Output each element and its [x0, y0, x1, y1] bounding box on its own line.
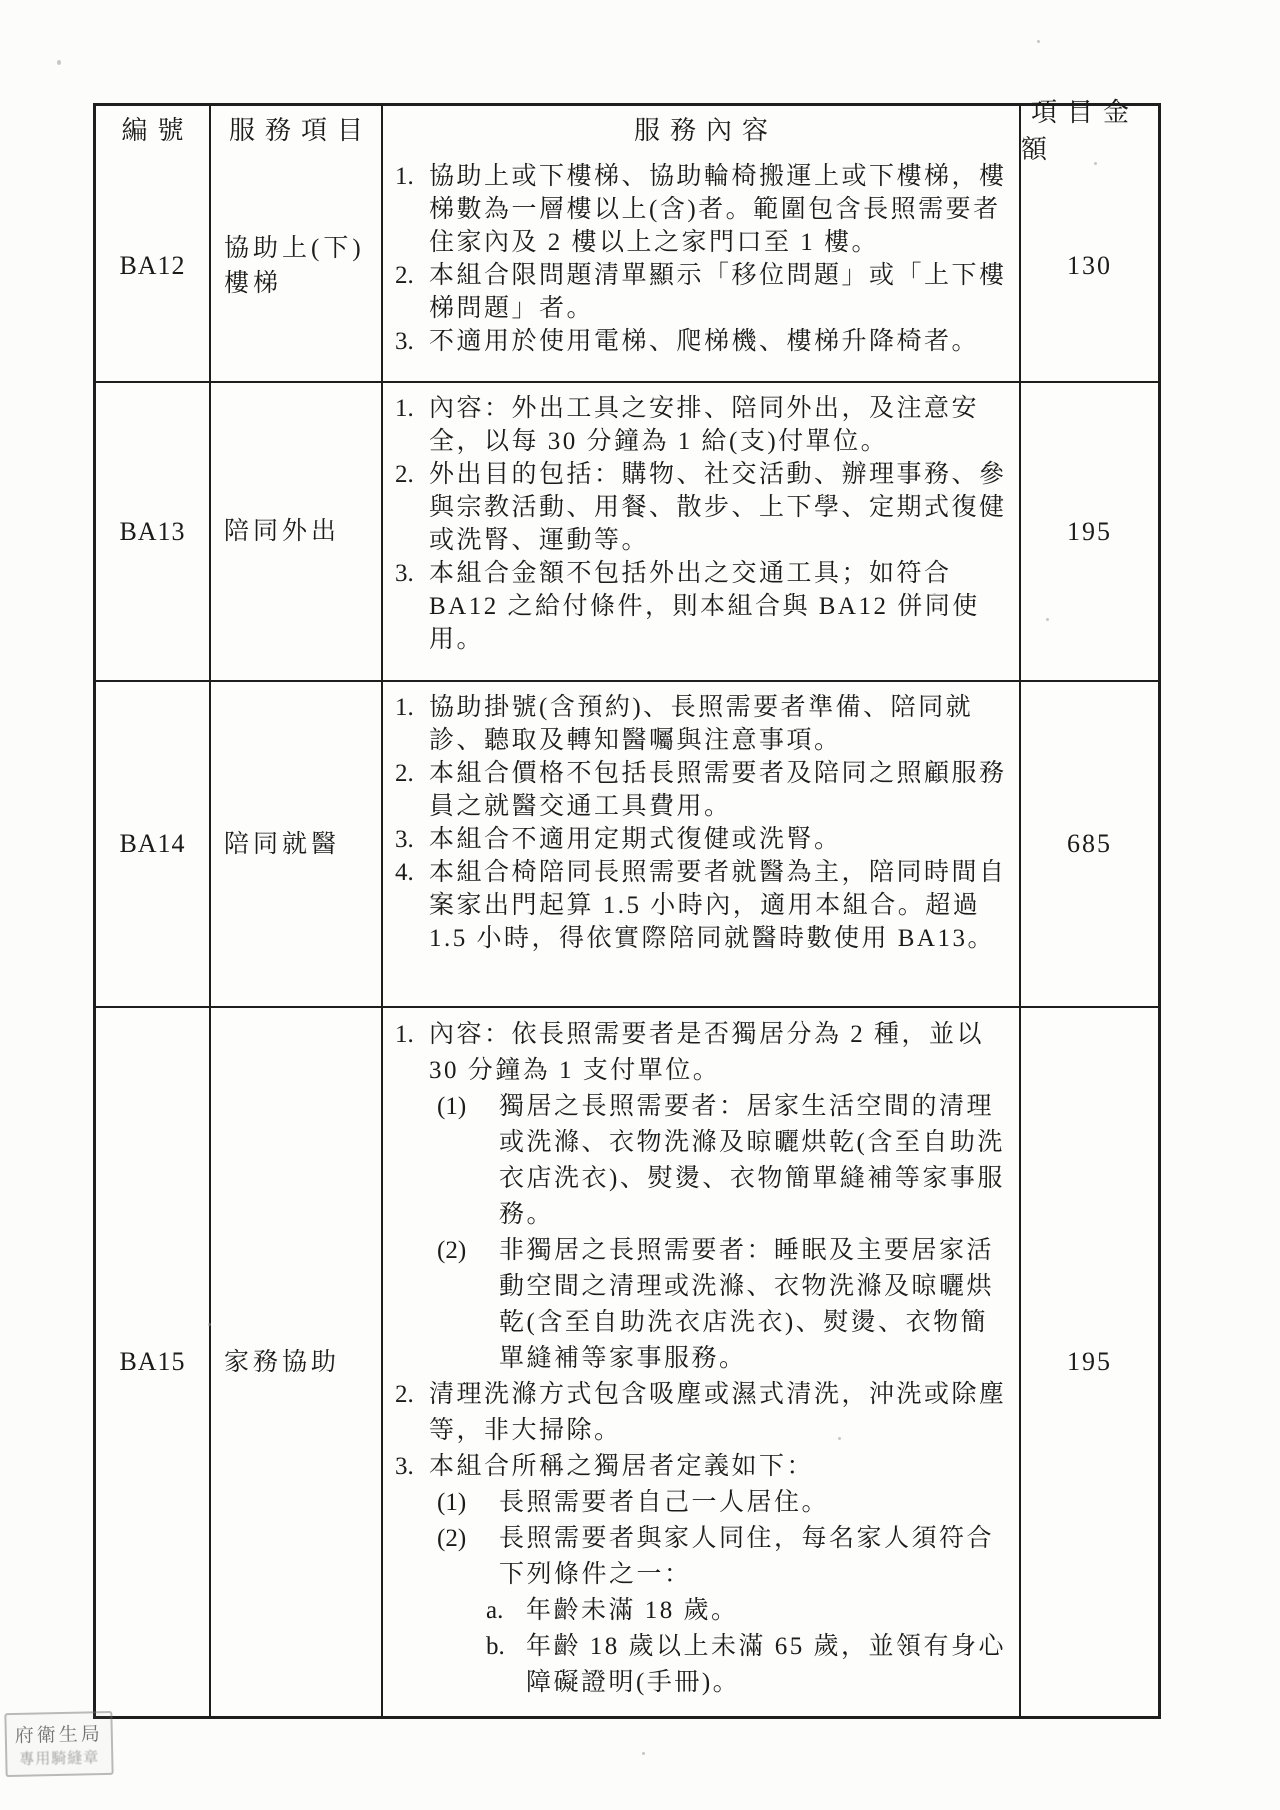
content-entry: 3.本組合不適用定期式復健或洗腎。	[395, 823, 1011, 856]
row-item-cell: 協助上(下)樓梯	[209, 151, 381, 381]
scan-speck	[208, 1323, 211, 1326]
entry-label: 3.	[395, 1449, 429, 1485]
entry-label: (1)	[437, 1089, 499, 1125]
entry-text: 長照需要者與家人同住，每名家人須符合下列條件之一：	[499, 1521, 1011, 1593]
entry-text: 年齡 18 歲以上未滿 65 歲，並領有身心障礙證明(手冊)。	[526, 1629, 1011, 1701]
row-code-cell: BA13	[96, 383, 209, 680]
row-code-cell: BA14	[96, 682, 209, 1006]
row-content-cell: 1.協助掛號(含預約)、長照需要者準備、陪同就診、聽取及轉知醫囑與注意事項。2.…	[381, 682, 1019, 1006]
entry-text: 內容：外出工具之安排、陪同外出，及注意安全，以每 30 分鐘為 1 給(支)付單…	[429, 392, 1011, 458]
content-entry: 3.本組合金額不包括外出之交通工具；如符合 BA12 之給付條件，則本組合與 B…	[395, 557, 1011, 656]
content-entry: 3.本組合所稱之獨居者定義如下：	[395, 1449, 1011, 1485]
scan-speck	[642, 1752, 645, 1755]
content-entry: 1.內容：外出工具之安排、陪同外出，及注意安全，以每 30 分鐘為 1 給(支)…	[395, 392, 1011, 458]
row-item-cell: 家務協助	[209, 1008, 381, 1716]
table-header-content: 服務內容	[381, 106, 1019, 151]
scan-speck	[838, 1437, 841, 1440]
official-stamp: 府衛生局 專用騎縫章	[4, 1711, 113, 1777]
row-code: BA14	[119, 829, 185, 859]
table-header-code: 編號	[96, 106, 209, 151]
entry-label: 1.	[395, 691, 429, 724]
row-item: 陪同外出	[224, 514, 340, 549]
content-entry: b.年齡 18 歲以上未滿 65 歲，並領有身心障礙證明(手冊)。	[486, 1629, 1011, 1701]
content-entry: 2.清理洗滌方式包含吸塵或濕式清洗，沖洗或除塵等，非大掃除。	[395, 1377, 1011, 1449]
entry-label: 3.	[395, 557, 429, 590]
entry-label: a.	[486, 1593, 526, 1629]
row-code: BA15	[119, 1347, 185, 1377]
row-content-cell: 1.協助上或下樓梯、協助輪椅搬運上或下樓梯，樓梯數為一層樓以上(含)者。範圍包含…	[381, 151, 1019, 381]
content-entry: (1)長照需要者自己一人居住。	[437, 1485, 1011, 1521]
entry-text: 非獨居之長照需要者：睡眠及主要居家活動空間之清理或洗滌、衣物洗滌及晾曬烘乾(含至…	[499, 1233, 1011, 1377]
entry-label: 1.	[395, 392, 429, 425]
entry-label: 3.	[395, 325, 429, 358]
scan-speck	[1046, 618, 1049, 621]
stamp-line-1: 府衛生局	[14, 1719, 103, 1748]
entry-label: 4.	[395, 856, 429, 889]
entry-label: b.	[486, 1629, 526, 1665]
entry-text: 獨居之長照需要者：居家生活空間的清理或洗滌、衣物洗滌及晾曬烘乾(含至自助洗衣店洗…	[499, 1089, 1011, 1233]
service-table: 編號 服務項目 服務內容 項目金額 BA12協助上(下)樓梯1.協助上或下樓梯、…	[93, 103, 1161, 1719]
content-entry: (2)非獨居之長照需要者：睡眠及主要居家活動空間之清理或洗滌、衣物洗滌及晾曬烘乾…	[437, 1233, 1011, 1377]
row-amount-cell: 195	[1019, 383, 1158, 680]
row-amount-cell: 685	[1019, 682, 1158, 1006]
row-code-cell: BA15	[96, 1008, 209, 1716]
scan-speck	[933, 593, 936, 596]
entry-text: 清理洗滌方式包含吸塵或濕式清洗，沖洗或除塵等，非大掃除。	[429, 1377, 1011, 1449]
row-content-cell: 1.內容：依長照需要者是否獨居分為 2 種，並以 30 分鐘為 1 支付單位。(…	[381, 1008, 1019, 1716]
row-amount: 195	[1067, 1347, 1112, 1377]
scan-speck	[1037, 40, 1040, 43]
table-row: BA15家務協助1.內容：依長照需要者是否獨居分為 2 種，並以 30 分鐘為 …	[96, 1006, 1158, 1716]
row-amount: 685	[1067, 829, 1112, 859]
content-entry: 1.內容：依長照需要者是否獨居分為 2 種，並以 30 分鐘為 1 支付單位。	[395, 1017, 1011, 1089]
row-item: 陪同就醫	[224, 827, 340, 862]
entry-label: 2.	[395, 458, 429, 491]
entry-label: 3.	[395, 823, 429, 856]
content-entry: 1.協助上或下樓梯、協助輪椅搬運上或下樓梯，樓梯數為一層樓以上(含)者。範圍包含…	[395, 160, 1011, 259]
content-entry: 1.協助掛號(含預約)、長照需要者準備、陪同就診、聽取及轉知醫囑與注意事項。	[395, 691, 1011, 757]
scanned-page: 編號 服務項目 服務內容 項目金額 BA12協助上(下)樓梯1.協助上或下樓梯、…	[0, 0, 1280, 1810]
row-code-cell: BA12	[96, 151, 209, 381]
entry-text: 協助掛號(含預約)、長照需要者準備、陪同就診、聽取及轉知醫囑與注意事項。	[429, 691, 1011, 757]
content-entry: (1)獨居之長照需要者：居家生活空間的清理或洗滌、衣物洗滌及晾曬烘乾(含至自助洗…	[437, 1089, 1011, 1233]
content-entry: 2.外出目的包括：購物、社交活動、辦理事務、參與宗教活動、用餐、散步、上下學、定…	[395, 458, 1011, 557]
entry-text: 本組合金額不包括外出之交通工具；如符合 BA12 之給付條件，則本組合與 BA1…	[429, 557, 1011, 656]
entry-text: 年齡未滿 18 歲。	[526, 1593, 1011, 1629]
table-row: BA12協助上(下)樓梯1.協助上或下樓梯、協助輪椅搬運上或下樓梯，樓梯數為一層…	[96, 151, 1158, 381]
table-header-row: 編號 服務項目 服務內容 項目金額	[96, 106, 1158, 151]
entry-text: 長照需要者自己一人居住。	[499, 1485, 1011, 1521]
row-code: BA13	[119, 517, 185, 547]
entry-text: 外出目的包括：購物、社交活動、辦理事務、參與宗教活動、用餐、散步、上下學、定期式…	[429, 458, 1011, 557]
scan-speck	[1094, 162, 1097, 165]
stamp-line-2: 專用騎縫章	[19, 1746, 99, 1769]
row-code: BA12	[119, 251, 185, 281]
entry-text: 本組合價格不包括長照需要者及陪同之照顧服務員之就醫交通工具費用。	[429, 757, 1011, 823]
entry-text: 本組合限問題清單顯示「移位問題」或「上下樓梯問題」者。	[429, 259, 1011, 325]
content-entry: 2.本組合限問題清單顯示「移位問題」或「上下樓梯問題」者。	[395, 259, 1011, 325]
row-amount-cell: 195	[1019, 1008, 1158, 1716]
table-body: BA12協助上(下)樓梯1.協助上或下樓梯、協助輪椅搬運上或下樓梯，樓梯數為一層…	[96, 151, 1158, 1716]
entry-text: 協助上或下樓梯、協助輪椅搬運上或下樓梯，樓梯數為一層樓以上(含)者。範圍包含長照…	[429, 160, 1011, 259]
entry-label: 2.	[395, 757, 429, 790]
entry-label: (1)	[437, 1485, 499, 1521]
content-entry: a.年齡未滿 18 歲。	[486, 1593, 1011, 1629]
entry-label: 2.	[395, 1377, 429, 1413]
row-item-cell: 陪同外出	[209, 383, 381, 680]
row-content-cell: 1.內容：外出工具之安排、陪同外出，及注意安全，以每 30 分鐘為 1 給(支)…	[381, 383, 1019, 680]
entry-text: 本組合椅陪同長照需要者就醫為主，陪同時間自案家出門起算 1.5 小時內，適用本組…	[429, 856, 1011, 955]
row-item: 家務協助	[224, 1345, 340, 1380]
entry-text: 內容：依長照需要者是否獨居分為 2 種，並以 30 分鐘為 1 支付單位。	[429, 1017, 1011, 1089]
row-amount: 130	[1067, 251, 1112, 281]
entry-text: 不適用於使用電梯、爬梯機、樓梯升降椅者。	[429, 325, 1011, 358]
row-amount: 195	[1067, 517, 1112, 547]
entry-label: 1.	[395, 1017, 429, 1053]
entry-label: 1.	[395, 160, 429, 193]
content-entry: 2.本組合價格不包括長照需要者及陪同之照顧服務員之就醫交通工具費用。	[395, 757, 1011, 823]
table-row: BA13陪同外出1.內容：外出工具之安排、陪同外出，及注意安全，以每 30 分鐘…	[96, 381, 1158, 680]
row-item: 協助上(下)樓梯	[224, 231, 381, 301]
scan-speck	[57, 60, 61, 65]
table-row: BA14陪同就醫1.協助掛號(含預約)、長照需要者準備、陪同就診、聽取及轉知醫囑…	[96, 680, 1158, 1006]
row-item-cell: 陪同就醫	[209, 682, 381, 1006]
entry-text: 本組合所稱之獨居者定義如下：	[429, 1449, 1011, 1485]
table-header-amount: 項目金額	[1019, 106, 1158, 151]
content-entry: 4.本組合椅陪同長照需要者就醫為主，陪同時間自案家出門起算 1.5 小時內，適用…	[395, 856, 1011, 955]
entry-label: (2)	[437, 1521, 499, 1557]
row-amount-cell: 130	[1019, 151, 1158, 381]
table-header-item: 服務項目	[209, 106, 381, 151]
entry-label: (2)	[437, 1233, 499, 1269]
entry-label: 2.	[395, 259, 429, 292]
entry-text: 本組合不適用定期式復健或洗腎。	[429, 823, 1011, 856]
content-entry: (2)長照需要者與家人同住，每名家人須符合下列條件之一：	[437, 1521, 1011, 1593]
content-entry: 3.不適用於使用電梯、爬梯機、樓梯升降椅者。	[395, 325, 1011, 358]
